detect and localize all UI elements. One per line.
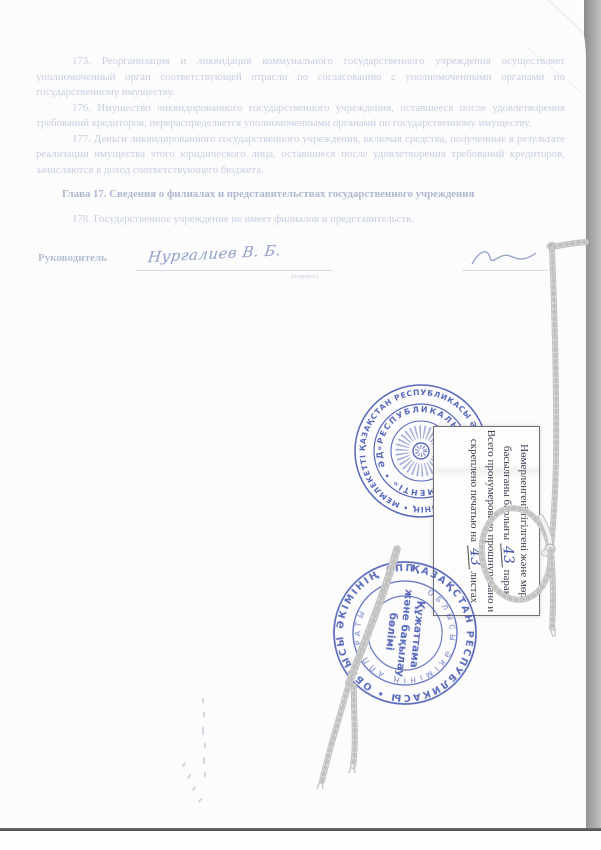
signature-row: Руководитель Нургалиев В. Б. (подпись) <box>36 246 566 286</box>
paragraph-173: 173. Реорганизация и ликвидация коммунал… <box>36 54 565 101</box>
akimat-round-stamp-icon: ҚАЗАҚСТАН РЕСПУБЛИКАСЫ • ОБЛЫСЫ ӘКІМІНІҢ… <box>323 551 488 716</box>
seal-label-line4-prefix: скреплено печатью на <box>469 439 481 542</box>
signature-name-line <box>136 270 332 271</box>
chapter-heading: Глава 17. Сведения о филиалах и представ… <box>36 187 565 203</box>
seal-label-line2-suffix: парақ <box>502 570 514 597</box>
next-sheet-edge <box>0 832 601 850</box>
handwritten-sheet-count-kk: 43 <box>501 542 516 567</box>
seal-label-line2: басылғаны барлығы 43 парақ <box>499 427 516 615</box>
signature-sign-line <box>462 270 548 271</box>
paper-sheet: 173. Реорганизация и ликвидация коммунал… <box>0 0 586 831</box>
signature-role-label: Руководитель <box>38 252 107 264</box>
paper-crease <box>524 0 593 41</box>
seal-label-line2-prefix: басылғаны барлығы <box>502 446 514 540</box>
scanner-background-strip <box>584 0 601 831</box>
signature-squiggle-icon <box>470 248 540 270</box>
handwritten-name: Нургалиев В. Б. <box>147 241 282 266</box>
document-text-block: 173. Реорганизация и ликвидация коммунал… <box>36 54 565 227</box>
signature-caption: (подпись) <box>291 273 318 280</box>
paragraph-176: 176. Имущество ликвидированного государс… <box>36 101 565 132</box>
paragraph-178: 178. Государственное учреждение не имеет… <box>36 212 565 228</box>
seal-label-line1: Нөмерленгені тігілгені және мөр <box>516 427 533 615</box>
page-bottom-edge <box>0 828 601 831</box>
paragraph-177: 177. Деньги ликвидированного государстве… <box>36 132 565 179</box>
